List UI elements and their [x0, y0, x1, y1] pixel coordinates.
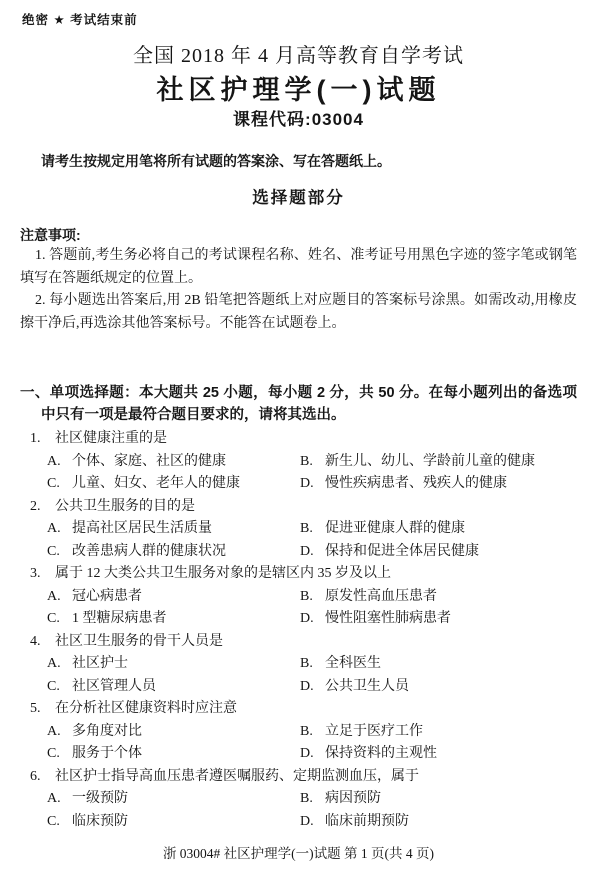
- option-text: 促进亚健康人群的健康: [325, 521, 465, 536]
- option-d: D.公共卫生人员: [300, 676, 577, 699]
- option-text: 儿童、妇女、老年人的健康: [72, 476, 240, 491]
- option-b: B.病因预防: [300, 788, 577, 811]
- option-a: A.多角度对比: [47, 721, 300, 744]
- question-5: 5.在分析社区健康资料时应注意 A.多角度对比 B.立足于医疗工作 C.服务于个…: [20, 698, 577, 766]
- question-2: 2.公共卫生服务的目的是 A.提高社区居民生活质量 B.促进亚健康人群的健康 C…: [20, 496, 577, 564]
- option-b: B.促进亚健康人群的健康: [300, 518, 577, 541]
- option-text: 全科医生: [325, 656, 381, 671]
- note-item-1: 1. 答题前,考生务必将自己的考试课程名称、姓名、准考证号用黑色字迹的签字笔或钢…: [20, 245, 577, 290]
- exam-title-line1: 全国 2018 年 4 月高等教育自学考试: [20, 44, 577, 68]
- question-stem: 5.在分析社区健康资料时应注意: [20, 698, 577, 721]
- question-number: 4.: [30, 631, 55, 654]
- option-label: A.: [47, 451, 72, 474]
- option-d: D.慢性阻塞性肺病患者: [300, 608, 577, 631]
- question-number: 2.: [30, 496, 55, 519]
- option-d: D.保持和促进全体居民健康: [300, 541, 577, 564]
- option-d: D.保持资料的主观性: [300, 743, 577, 766]
- option-label: A.: [47, 788, 72, 811]
- question-1: 1.社区健康注重的是 A.个体、家庭、社区的健康 B.新生儿、幼儿、学龄前儿童的…: [20, 428, 577, 496]
- option-label: B.: [300, 721, 325, 744]
- option-text: 1 型糖尿病患者: [72, 611, 167, 626]
- option-label: B.: [300, 518, 325, 541]
- option-label: A.: [47, 586, 72, 609]
- option-text: 一级预防: [72, 791, 128, 806]
- option-label: A.: [47, 518, 72, 541]
- option-c: C.临床预防: [47, 811, 300, 834]
- option-grid: A.个体、家庭、社区的健康 B.新生儿、幼儿、学龄前儿童的健康 C.儿童、妇女、…: [47, 451, 577, 496]
- option-label: D.: [300, 473, 325, 496]
- question-stem: 6.社区护士指导高血压患者遵医嘱服药、定期监测血压，属于: [20, 766, 577, 789]
- question-stem: 4.社区卫生服务的骨干人员是: [20, 631, 577, 654]
- question-stem: 3.属于 12 大类公共卫生服务对象的是辖区内 35 岁及以上: [20, 563, 577, 586]
- option-text: 冠心病患者: [72, 589, 142, 604]
- option-text: 服务于个体: [72, 746, 142, 761]
- question-text: 公共卫生服务的目的是: [55, 499, 195, 514]
- option-grid: A.一级预防 B.病因预防 C.临床预防 D.临床前期预防: [47, 788, 577, 833]
- exam-page: 绝密 ★ 考试结束前 全国 2018 年 4 月高等教育自学考试 社区护理学(一…: [0, 0, 597, 876]
- notes-title: 注意事项:: [20, 225, 577, 245]
- option-c: C.1 型糖尿病患者: [47, 608, 300, 631]
- option-label: C.: [47, 676, 72, 699]
- option-text: 多角度对比: [72, 724, 142, 739]
- option-label: B.: [300, 788, 325, 811]
- question-text: 社区卫生服务的骨干人员是: [55, 634, 223, 649]
- answer-sheet-instruction: 请考生按规定用笔将所有试题的答案涂、写在答题纸上。: [20, 152, 577, 170]
- exam-title-line2: 社区护理学(一)试题: [20, 75, 577, 105]
- question-number: 1.: [30, 428, 55, 451]
- option-b: B.立足于医疗工作: [300, 721, 577, 744]
- page-footer: 浙 03004# 社区护理学(一)试题 第 1 页(共 4 页): [0, 845, 597, 862]
- option-label: C.: [47, 608, 72, 631]
- question-number: 3.: [30, 563, 55, 586]
- option-label: B.: [300, 451, 325, 474]
- question-6: 6.社区护士指导高血压患者遵医嘱服药、定期监测血压，属于 A.一级预防 B.病因…: [20, 766, 577, 834]
- section-heading: 选择题部分: [20, 186, 577, 210]
- option-b: B.原发性高血压患者: [300, 586, 577, 609]
- question-text: 属于 12 大类公共卫生服务对象的是辖区内 35 岁及以上: [55, 566, 391, 581]
- question-text: 社区护士指导高血压患者遵医嘱服药、定期监测血压，属于: [55, 769, 419, 784]
- option-text: 公共卫生人员: [325, 679, 409, 694]
- option-label: B.: [300, 586, 325, 609]
- option-text: 新生儿、幼儿、学龄前儿童的健康: [325, 454, 535, 469]
- option-a: A.一级预防: [47, 788, 300, 811]
- classification-banner: 绝密 ★ 考试结束前: [20, 12, 577, 29]
- option-label: B.: [300, 653, 325, 676]
- option-text: 社区护士: [72, 656, 128, 671]
- option-c: C.服务于个体: [47, 743, 300, 766]
- option-text: 慢性阻塞性肺病患者: [325, 611, 451, 626]
- option-label: D.: [300, 541, 325, 564]
- option-text: 社区管理人员: [72, 679, 156, 694]
- option-text: 慢性疾病患者、残疾人的健康: [325, 476, 507, 491]
- option-text: 提高社区居民生活质量: [72, 521, 212, 536]
- option-text: 保持资料的主观性: [325, 746, 437, 761]
- option-label: C.: [47, 541, 72, 564]
- option-c: C.儿童、妇女、老年人的健康: [47, 473, 300, 496]
- part-one-heading: 一、单项选择题：本大题共 25 小题，每小题 2 分，共 50 分。在每小题列出…: [20, 382, 577, 426]
- question-3: 3.属于 12 大类公共卫生服务对象的是辖区内 35 岁及以上 A.冠心病患者 …: [20, 563, 577, 631]
- option-a: A.个体、家庭、社区的健康: [47, 451, 300, 474]
- option-d: D.慢性疾病患者、残疾人的健康: [300, 473, 577, 496]
- course-code: 课程代码:03004: [20, 110, 577, 130]
- option-grid: A.提高社区居民生活质量 B.促进亚健康人群的健康 C.改善患病人群的健康状况 …: [47, 518, 577, 563]
- option-c: C.改善患病人群的健康状况: [47, 541, 300, 564]
- option-text: 病因预防: [325, 791, 381, 806]
- option-a: A.社区护士: [47, 653, 300, 676]
- option-text: 保持和促进全体居民健康: [325, 544, 479, 559]
- note-item-2: 2. 每小题选出答案后,用 2B 铅笔把答题纸上对应题目的答案标号涂黑。如需改动…: [20, 290, 577, 335]
- option-a: A.提高社区居民生活质量: [47, 518, 300, 541]
- option-text: 个体、家庭、社区的健康: [72, 454, 226, 469]
- option-c: C.社区管理人员: [47, 676, 300, 699]
- option-label: A.: [47, 653, 72, 676]
- question-stem: 2.公共卫生服务的目的是: [20, 496, 577, 519]
- option-grid: A.多角度对比 B.立足于医疗工作 C.服务于个体 D.保持资料的主观性: [47, 721, 577, 766]
- option-grid: A.社区护士 B.全科医生 C.社区管理人员 D.公共卫生人员: [47, 653, 577, 698]
- option-label: A.: [47, 721, 72, 744]
- question-number: 5.: [30, 698, 55, 721]
- option-text: 临床预防: [72, 814, 128, 829]
- question-number: 6.: [30, 766, 55, 789]
- option-b: B.全科医生: [300, 653, 577, 676]
- option-label: D.: [300, 743, 325, 766]
- question-stem: 1.社区健康注重的是: [20, 428, 577, 451]
- option-grid: A.冠心病患者 B.原发性高血压患者 C.1 型糖尿病患者 D.慢性阻塞性肺病患…: [47, 586, 577, 631]
- option-d: D.临床前期预防: [300, 811, 577, 834]
- option-text: 立足于医疗工作: [325, 724, 423, 739]
- option-label: D.: [300, 608, 325, 631]
- question-text: 社区健康注重的是: [55, 431, 167, 446]
- option-text: 改善患病人群的健康状况: [72, 544, 226, 559]
- question-4: 4.社区卫生服务的骨干人员是 A.社区护士 B.全科医生 C.社区管理人员 D.…: [20, 631, 577, 699]
- option-label: D.: [300, 676, 325, 699]
- option-label: C.: [47, 473, 72, 496]
- question-list: 1.社区健康注重的是 A.个体、家庭、社区的健康 B.新生儿、幼儿、学龄前儿童的…: [20, 428, 577, 833]
- option-a: A.冠心病患者: [47, 586, 300, 609]
- option-label: C.: [47, 811, 72, 834]
- question-text: 在分析社区健康资料时应注意: [55, 701, 237, 716]
- option-label: D.: [300, 811, 325, 834]
- option-text: 临床前期预防: [325, 814, 409, 829]
- option-b: B.新生儿、幼儿、学龄前儿童的健康: [300, 451, 577, 474]
- option-label: C.: [47, 743, 72, 766]
- option-text: 原发性高血压患者: [325, 589, 437, 604]
